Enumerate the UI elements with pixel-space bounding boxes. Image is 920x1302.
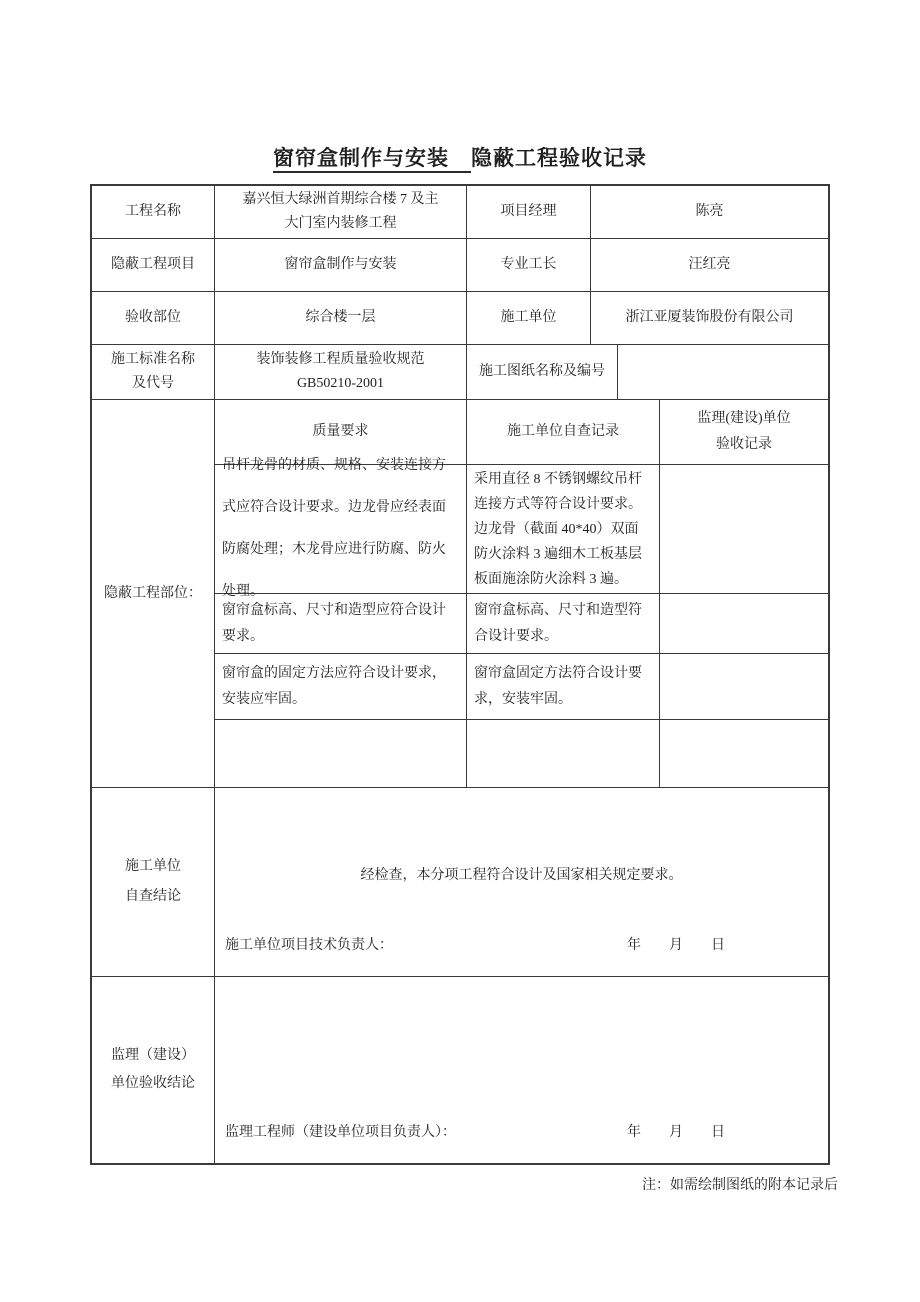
table-row-project-name: 工程名称 嘉兴恒大绿洲首期综合楼 7 及主 大门室内装修工程 项目经理 陈亮	[92, 186, 828, 239]
document-page: 窗帘盒制作与安装 隐蔽工程验收记录 工程名称 嘉兴恒大绿洲首期综合楼 7 及主 …	[0, 0, 920, 1302]
drawing-name-value	[618, 345, 828, 400]
table-row-acceptance-part: 验收部位 综合楼一层 施工单位 浙江亚厦装饰股份有限公司	[92, 292, 828, 345]
self-check-conclusion-cell: 经检查，本分项工程符合设计及国家相关规定要求。 施工单位项目技术负责人： 年 月…	[215, 788, 828, 977]
table-row-hidden-work-item: 隐蔽工程项目 窗帘盒制作与安装 专业工长 汪红亮	[92, 239, 828, 292]
self-check-signer-label: 施工单位项目技术负责人：	[225, 934, 393, 958]
quality-requirement-3: 窗帘盒的固定方法应符合设计要求，安装应牢固。	[215, 654, 467, 720]
standard-name-label: 施工标准名称 及代号	[92, 345, 215, 400]
project-name-label: 工程名称	[92, 186, 215, 239]
self-check-conclusion-section: 施工单位 自查结论 经检查，本分项工程符合设计及国家相关规定要求。 施工单位项目…	[92, 788, 828, 977]
acceptance-record-table: 工程名称 嘉兴恒大绿洲首期综合楼 7 及主 大门室内装修工程 项目经理 陈亮 隐…	[90, 184, 830, 1165]
quality-row-4-empty	[215, 720, 828, 788]
self-check-statement: 经检查，本分项工程符合设计及国家相关规定要求。	[215, 864, 828, 888]
self-check-record-4	[467, 720, 660, 788]
title-underlined-part: 窗帘盒制作与安装	[273, 147, 471, 173]
supervisor-record-1	[660, 465, 828, 594]
table-row-standard: 施工标准名称 及代号 装饰装修工程质量验收规范 GB50210-2001 施工图…	[92, 345, 828, 400]
quality-requirement-4	[215, 720, 467, 788]
acceptance-part-label: 验收部位	[92, 292, 215, 345]
quality-check-block: 隐蔽工程部位： 质量要求 施工单位自查记录 监理(建设)单位 验收记录 吊杆龙骨…	[92, 400, 828, 788]
foreman-label: 专业工长	[467, 239, 591, 292]
quality-check-grid: 质量要求 施工单位自查记录 监理(建设)单位 验收记录 吊杆龙骨的材质、规格、安…	[215, 400, 828, 788]
supervisor-conclusion-section: 监理（建设） 单位验收结论 监理工程师（建设单位项目负责人）： 年 月 日	[92, 977, 828, 1163]
construction-unit-label: 施工单位	[467, 292, 591, 345]
footnote: 注：如需绘制图纸的附本记录后	[0, 1174, 838, 1194]
page-title: 窗帘盒制作与安装 隐蔽工程验收记录	[0, 142, 920, 172]
construction-unit-value: 浙江亚厦装饰股份有限公司	[591, 292, 828, 345]
quality-requirement-1: 吊杆龙骨的材质、规格、安装连接方式应符合设计要求。边龙骨应经表面防腐处理；木龙骨…	[215, 465, 467, 594]
self-check-record-2: 窗帘盒标高、尺寸和造型符合设计要求。	[467, 594, 660, 654]
hidden-work-item-label: 隐蔽工程项目	[92, 239, 215, 292]
supervisor-record-2	[660, 594, 828, 654]
supervisor-record-3	[660, 654, 828, 720]
quality-row-3: 窗帘盒的固定方法应符合设计要求，安装应牢固。 窗帘盒固定方法符合设计要求，安装牢…	[215, 654, 828, 720]
hidden-work-item-value: 窗帘盒制作与安装	[215, 239, 467, 292]
supervisor-date-line: 年 月 日	[627, 1121, 725, 1145]
project-name-value: 嘉兴恒大绿洲首期综合楼 7 及主 大门室内装修工程	[215, 186, 467, 239]
quality-row-1: 吊杆龙骨的材质、规格、安装连接方式应符合设计要求。边龙骨应经表面防腐处理；木龙骨…	[215, 465, 828, 594]
supervisor-signer-label: 监理工程师（建设单位项目负责人）：	[225, 1121, 456, 1145]
foreman-value: 汪红亮	[591, 239, 828, 292]
acceptance-part-value: 综合楼一层	[215, 292, 467, 345]
hidden-parts-label: 隐蔽工程部位：	[92, 400, 215, 788]
self-check-date-line: 年 月 日	[627, 934, 725, 958]
quality-requirement-2: 窗帘盒标高、尺寸和造型应符合设计要求。	[215, 594, 467, 654]
title-rest-part: 隐蔽工程验收记录	[471, 147, 647, 170]
project-manager-label: 项目经理	[467, 186, 591, 239]
supervisor-conclusion-label: 监理（建设） 单位验收结论	[92, 977, 215, 1163]
supervisor-record-4	[660, 720, 828, 788]
self-check-conclusion-label: 施工单位 自查结论	[92, 788, 215, 977]
self-check-record-3: 窗帘盒固定方法符合设计要求，安装牢固。	[467, 654, 660, 720]
self-check-record-1: 采用直径 8 不锈钢螺纹吊杆连接方式等符合设计要求。边龙骨（截面 40*40）双…	[467, 465, 660, 594]
drawing-name-label: 施工图纸名称及编号	[467, 345, 618, 400]
supervisor-conclusion-cell: 监理工程师（建设单位项目负责人）： 年 月 日	[215, 977, 828, 1163]
self-check-record-header: 施工单位自查记录	[467, 400, 660, 465]
standard-name-value: 装饰装修工程质量验收规范 GB50210-2001	[215, 345, 467, 400]
project-manager-value: 陈亮	[591, 186, 828, 239]
quality-row-2: 窗帘盒标高、尺寸和造型应符合设计要求。 窗帘盒标高、尺寸和造型符合设计要求。	[215, 594, 828, 654]
supervisor-record-header: 监理(建设)单位 验收记录	[660, 400, 828, 465]
